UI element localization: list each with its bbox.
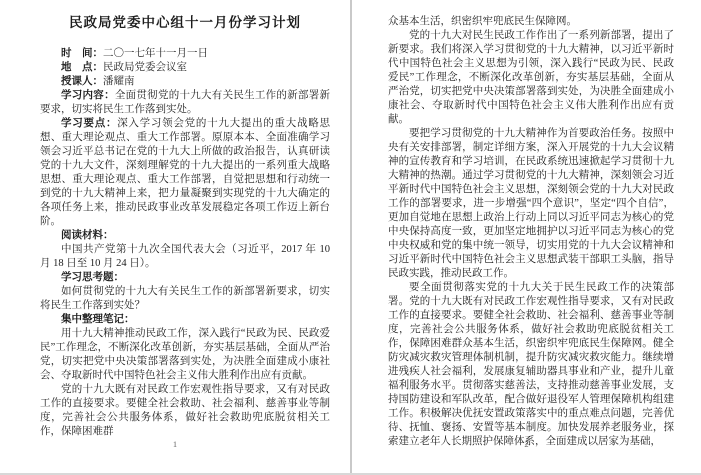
study-question-heading: 学习思考题： [40, 271, 330, 285]
page-number-1: 1 [0, 439, 350, 449]
field-time-label: 时 间： [61, 48, 103, 59]
notes-paragraph-1: 用十九大精神推动民政工作，深入践行“民政为民、民政爱民”工作理念，不断深化改革创… [40, 327, 330, 383]
page-2: 众基本生活，织密织牢兜底民生保障网。 党的十九大对民生民政工作作出了一系列新部署… [352, 0, 701, 473]
field-location: 地 点：民政局党委会议室 [40, 61, 330, 75]
study-content-paragraph: 学习内容：全面贯彻党的十九大有关民生工作的新部署新要求，切实将民生工作落到实处。 [40, 89, 330, 117]
paragraph-new-deployment: 党的十九大对民生民政工作作出了一系列新部署，提出了新要求。我们将深入学习贯彻党的… [388, 29, 674, 127]
paragraph-political-task: 要把学习贯彻党的十九大精神作为首要政治任务。按照中央有关安排部署，制定详细方案，… [388, 127, 674, 281]
notes-paragraph-2: 党的十九大既有对民政工作宏观性指导要求，又有对民政工作的直接要求。要健全社会救助… [40, 383, 330, 439]
field-location-label: 地 点： [61, 62, 103, 73]
study-points-text: 深入学习领会党的十九大提出的重大战略思想、重大理论观点、重大工作部署。原原本本、… [40, 118, 330, 227]
document-title: 民政局党委中心组十一月份学习计划 [40, 13, 330, 33]
field-time-value: 二〇一七年十一月一日 [103, 48, 208, 59]
field-lecturer-value: 潘耀南 [103, 76, 135, 87]
field-location-value: 民政局党委会议室 [103, 62, 187, 73]
continuation-paragraph: 众基本生活，织密织牢兜底民生保障网。 [388, 15, 674, 29]
field-lecturer: 授课人：潘耀南 [40, 75, 330, 89]
document-pages: 民政局党委中心组十一月份学习计划 时 间：二〇一七年十一月一日 地 点：民政局党… [0, 0, 701, 475]
study-points-paragraph: 学习要点：深入学习领会党的十九大提出的重大战略思想、重大理论观点、重大工作部署。… [40, 117, 330, 229]
reading-material-text: 中国共产党第十九次全国代表大会（习近平，2017 年 10 月 18 日至 10… [40, 243, 330, 271]
page-number-2: 2 [352, 439, 701, 449]
study-points-label: 学习要点： [61, 118, 117, 129]
notes-heading: 集中整理笔记： [40, 313, 330, 327]
paragraph-implementation: 要全面贯彻落实党的十九大关于民生民政工作的决策部署。党的十九大既有对民政工作宏观… [388, 281, 674, 449]
field-lecturer-label: 授课人： [61, 76, 103, 87]
study-content-label: 学习内容： [61, 90, 115, 101]
page-1: 民政局党委中心组十一月份学习计划 时 间：二〇一七年十一月一日 地 点：民政局党… [0, 0, 350, 473]
field-time: 时 间：二〇一七年十一月一日 [40, 47, 330, 61]
study-question-text: 如何贯彻党的十九大有关民生工作的新部署新要求，切实将民生工作落到实处？ [40, 285, 330, 313]
reading-material-heading: 阅读材料： [40, 229, 330, 243]
